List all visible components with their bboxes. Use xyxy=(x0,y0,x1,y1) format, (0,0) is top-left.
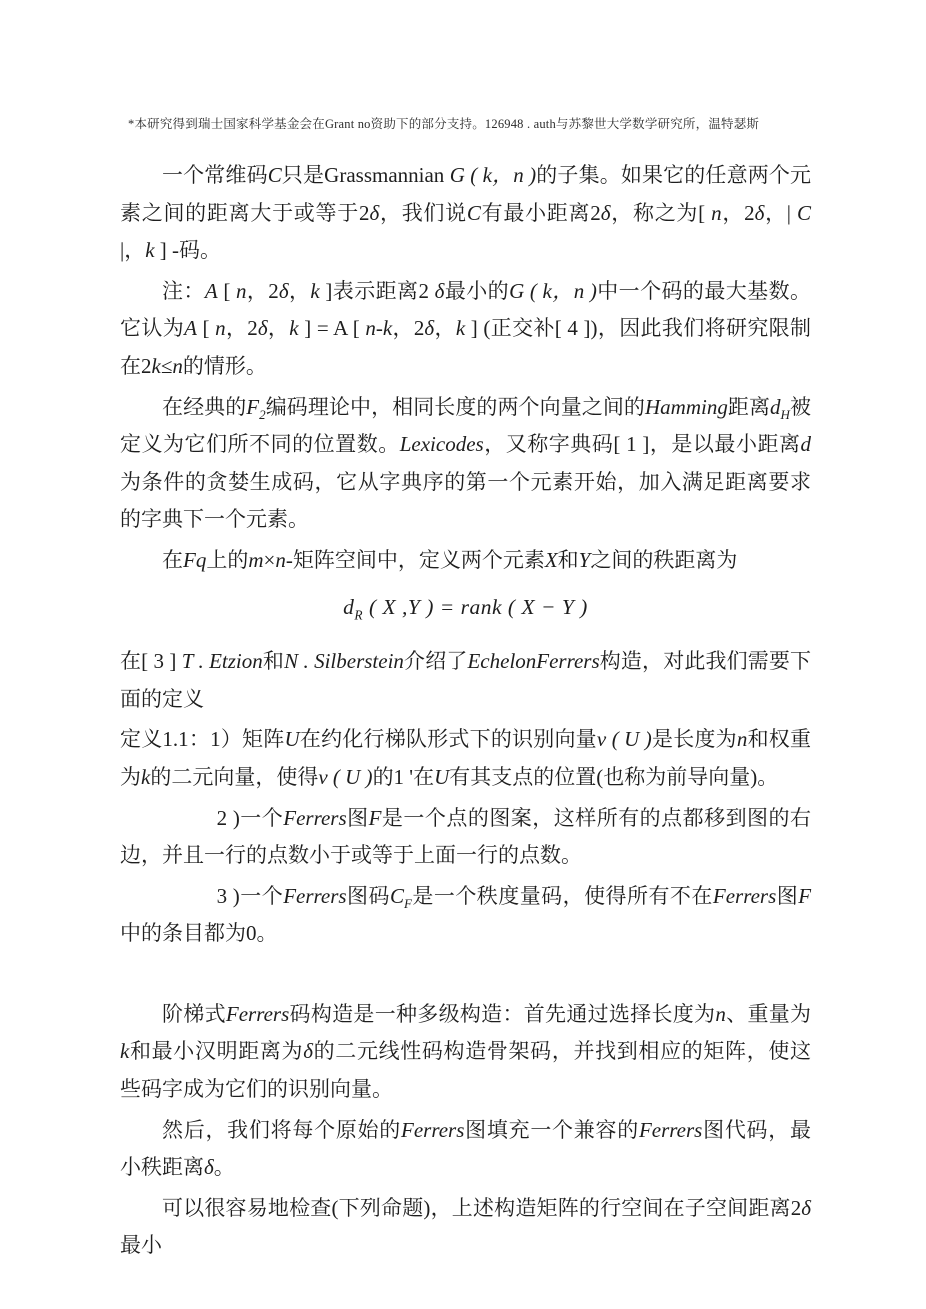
text-segment: ≤ xyxy=(161,354,173,378)
text-segment: N . Silberstein xyxy=(284,649,404,673)
text-segment: ，2 xyxy=(392,316,424,340)
text-segment: 是长度为 xyxy=(652,727,737,751)
text-segment: Fq xyxy=(183,548,206,572)
text-segment: Ferrers xyxy=(713,884,776,908)
text-segment: v ( U ) xyxy=(597,727,652,751)
text-segment: k xyxy=(456,316,465,340)
text-segment: 和最小汉明距离为 xyxy=(129,1039,303,1063)
text-segment: 图码 xyxy=(347,884,390,908)
text-segment: δ xyxy=(601,201,611,225)
text-segment: 和 xyxy=(558,548,579,572)
text-segment: 和 xyxy=(263,649,284,673)
text-segment: n xyxy=(172,354,183,378)
text-segment: d xyxy=(770,395,781,419)
text-segment: 有最小距离2 xyxy=(481,201,601,225)
text-segment: -矩阵空间中，定义两个元素 xyxy=(286,548,545,572)
rank-distance-formula: dR ( X ,Y ) = rank ( X − Y ) xyxy=(120,589,811,627)
text-segment: C xyxy=(797,201,811,225)
text-segment: U xyxy=(434,765,449,789)
text-segment: ， xyxy=(434,316,456,340)
text-segment: δ xyxy=(258,316,268,340)
paragraph: 一个常维码C只是Grassmannian G ( k，n )的子集。如果它的任意… xyxy=(120,157,811,270)
paragraph: 注：A [ n，2δ，k ]表示距离2 δ最小的G ( k，n )中一个码的最大… xyxy=(120,273,811,386)
text-segment: 的1 '在 xyxy=(373,765,435,789)
text-segment: k xyxy=(145,238,154,262)
text-segment: 。 xyxy=(214,1155,235,1179)
text-segment: F xyxy=(246,395,259,419)
text-segment: 图 xyxy=(347,806,369,830)
text-segment: 只是Grassmannian xyxy=(282,163,450,187)
text-segment: n xyxy=(236,279,247,303)
text-segment: 之间的秩距离为 xyxy=(590,548,737,572)
text-segment: F xyxy=(798,884,811,908)
text-segment: n xyxy=(215,316,226,340)
paragraph: 阶梯式Ferrers码构造是一种多级构造：首先通过选择长度为n、重量为k和最小汉… xyxy=(120,996,811,1109)
paragraph-spacer xyxy=(120,956,811,996)
text-segment: ，2 xyxy=(226,316,258,340)
text-segment: ， xyxy=(268,316,290,340)
text-segment: 在[ 3 ] xyxy=(120,649,182,673)
text-segment: 注： xyxy=(162,279,205,303)
text-segment: X xyxy=(545,548,558,572)
text-segment: 在约化行梯队形式下的识别向量 xyxy=(300,727,597,751)
text-segment: R xyxy=(354,607,363,622)
text-segment: 可以很容易地检查(下列命题)，上述构造矩阵的行空间在子空间距离2 xyxy=(162,1196,801,1220)
text-segment: δ xyxy=(801,1196,811,1220)
text-segment: ，称之为[ xyxy=(611,201,712,225)
text-segment: [ xyxy=(218,279,236,303)
text-segment: 阶梯式 xyxy=(162,1002,226,1026)
text-segment: 定义1.1：1）矩阵 xyxy=(120,727,284,751)
text-segment: ，2 xyxy=(722,201,755,225)
document-body: 一个常维码C只是Grassmannian G ( k，n )的子集。如果它的任意… xyxy=(120,157,811,1268)
text-segment: δ xyxy=(303,1039,313,1063)
paragraph: 在Fq上的m×n-矩阵空间中，定义两个元素X和Y之间的秩距离为 xyxy=(120,542,811,580)
text-segment: A xyxy=(205,279,218,303)
text-segment: Y xyxy=(579,548,591,572)
text-segment: H xyxy=(781,407,790,422)
text-segment: Lexicodes xyxy=(400,432,484,456)
text-segment: k xyxy=(120,1039,129,1063)
text-segment: T . Etzion xyxy=(182,649,263,673)
text-segment: k xyxy=(141,765,150,789)
text-segment: C xyxy=(390,884,404,908)
text-segment: ，2 xyxy=(246,279,278,303)
text-segment: Ferrers xyxy=(639,1118,702,1142)
text-segment: 为条件的贪婪生成码，它从字典序的第一个元素开始，加入满足距离要求的字典下一个元素… xyxy=(120,470,811,532)
paragraph: 定义1.1：1）矩阵U在约化行梯队形式下的识别向量v ( U )是长度为n和权重… xyxy=(120,721,811,796)
text-segment: k xyxy=(289,316,298,340)
paragraph: 在经典的F2编码理论中，相同长度的两个向量之间的Hamming距离dH被定义为它… xyxy=(120,389,811,539)
text-segment: ，我们说 xyxy=(379,201,467,225)
text-segment: F xyxy=(369,806,382,830)
text-segment: G ( k，n ) xyxy=(509,279,597,303)
text-segment: 介绍了 xyxy=(404,649,468,673)
text-segment: ] -码。 xyxy=(155,238,222,262)
text-segment: 在经典的 xyxy=(162,395,246,419)
text-segment: n xyxy=(715,1002,726,1026)
text-segment: A xyxy=(184,316,197,340)
text-segment: EchelonFerrers xyxy=(467,649,599,673)
text-segment: δ xyxy=(204,1155,214,1179)
text-segment: d xyxy=(343,595,354,619)
text-segment: n-k xyxy=(365,316,392,340)
text-segment: 中的条目都为0。 xyxy=(120,921,278,945)
text-segment: 有其支点的位置(也称为前导向量)。 xyxy=(449,765,778,789)
paragraph: 3 )一个Ferrers图码CF是一个秩度量码，使得所有不在Ferrers图F中… xyxy=(120,878,811,953)
text-segment: 上的 xyxy=(206,548,248,572)
text-segment: 一个常维码 xyxy=(162,163,268,187)
text-segment: 2 )一个 xyxy=(217,806,284,830)
text-segment: C xyxy=(467,201,481,225)
text-segment: 然后，我们将每个原始的 xyxy=(162,1118,401,1142)
text-segment: 最小 xyxy=(120,1233,162,1257)
text-segment: ] = A [ xyxy=(299,316,366,340)
text-segment: m xyxy=(248,548,263,572)
text-segment: Ferrers xyxy=(226,1002,289,1026)
text-segment: Ferrers xyxy=(401,1118,464,1142)
text-segment: d xyxy=(801,432,812,456)
text-segment: × xyxy=(264,548,276,572)
text-segment: δ xyxy=(755,201,765,225)
text-segment: 图填充一个兼容的 xyxy=(464,1118,639,1142)
text-segment: Hamming xyxy=(645,395,728,419)
text-segment: 码构造是一种多级构造：首先通过选择长度为 xyxy=(289,1002,715,1026)
text-segment: 距离 xyxy=(728,395,770,419)
text-segment: Ferrers xyxy=(283,806,346,830)
text-segment: 最小的 xyxy=(444,279,509,303)
text-segment: δ xyxy=(279,279,289,303)
text-segment: ]表示距离2 xyxy=(320,279,435,303)
text-segment: k xyxy=(310,279,319,303)
text-segment: 图 xyxy=(776,884,798,908)
paragraph: 可以很容易地检查(下列命题)，上述构造矩阵的行空间在子空间距离2δ最小 xyxy=(120,1190,811,1265)
footnote: *本研究得到瑞士国家科学基金会在Grant no资助下的部分支持。126948 … xyxy=(128,116,808,132)
text-segment: ( X ,Y ) = rank ( X − Y ) xyxy=(363,595,588,619)
text-segment: U xyxy=(284,727,299,751)
text-segment: ，| xyxy=(764,201,797,225)
text-segment: 、重量为 xyxy=(726,1002,811,1026)
text-segment: 的二元向量，使得 xyxy=(150,765,318,789)
paragraph: 2 )一个Ferrers图F是一个点的图案，这样所有的点都移到图的右边，并且一行… xyxy=(120,800,811,875)
text-segment: [ xyxy=(197,316,215,340)
text-segment: δ xyxy=(424,316,434,340)
text-segment: C xyxy=(268,163,282,187)
text-segment: 是一个秩度量码，使得所有不在 xyxy=(412,884,713,908)
text-segment: 3 )一个 xyxy=(217,884,284,908)
text-segment: 编码理论中，相同长度的两个向量之间的 xyxy=(266,395,645,419)
text-segment: n xyxy=(711,201,722,225)
text-segment: G ( k，n ) xyxy=(450,163,536,187)
text-segment: k xyxy=(152,354,161,378)
text-segment: δ xyxy=(435,279,445,303)
text-segment: |， xyxy=(120,238,145,262)
text-segment: Ferrers xyxy=(283,884,346,908)
text-segment: 在 xyxy=(162,548,183,572)
text-segment: 的情形。 xyxy=(183,354,267,378)
paragraph: 然后，我们将每个原始的Ferrers图填充一个兼容的Ferrers图代码，最小秩… xyxy=(120,1112,811,1187)
paragraph: 在[ 3 ] T . Etzion和N . Silberstein介绍了Eche… xyxy=(120,643,811,718)
text-segment: n xyxy=(737,727,748,751)
text-segment: ，又称字典码[ 1 ]，是以最小距离 xyxy=(484,432,801,456)
text-segment: δ xyxy=(369,201,379,225)
text-segment: n xyxy=(275,548,286,572)
text-segment: ， xyxy=(289,279,311,303)
text-segment: F xyxy=(404,896,412,911)
document-page: *本研究得到瑞士国家科学基金会在Grant no资助下的部分支持。126948 … xyxy=(0,0,926,1309)
text-segment: v ( U ) xyxy=(318,765,372,789)
